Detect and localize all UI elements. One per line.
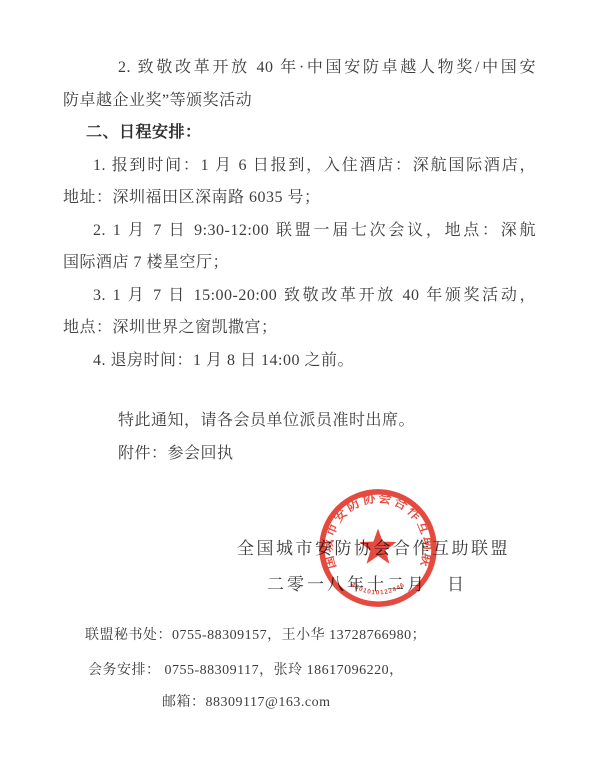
doc-line: 2. 1 月 7 日 9:30-12:00 联盟一届七次会议，地点：深航 — [63, 215, 536, 248]
svg-text:全国城市安防协会合作互助联盟: 全国城市安防协会合作互助联盟 — [317, 487, 436, 571]
attachment-note: 附件：参会回执 — [63, 438, 536, 471]
contact-email: 邮箱：88309117@163.com — [162, 691, 330, 711]
seal-code: 4501010122446 — [350, 581, 407, 596]
svg-text:4501010122446: 4501010122446 — [350, 581, 407, 596]
official-seal: 全国城市安防协会合作互助联盟 4501010122446 — [317, 487, 439, 609]
doc-line: 2. 致敬改革开放 40 年·中国安防卓越人物奖/中国安 — [63, 52, 536, 85]
doc-line: 地点：深圳世界之窗凯撒宫； — [63, 312, 536, 345]
contact-secretariat: 联盟秘书处：0755-88309157，王小华 13728766980； — [85, 624, 426, 644]
doc-line: 国际酒店 7 楼星空厅； — [63, 247, 536, 280]
doc-line: 1. 报到时间：1 月 6 日报到，入住酒店：深航国际酒店， — [63, 150, 536, 183]
seal-star-icon — [359, 528, 396, 563]
seal-ring-text: 全国城市安防协会合作互助联盟 — [317, 487, 436, 571]
document-page: 2. 致敬改革开放 40 年·中国安防卓越人物奖/中国安 防卓越企业奖”等颁奖活… — [0, 0, 597, 779]
doc-line: 3. 1 月 7 日 15:00-20:00 致敬改革开放 40 年颁奖活动， — [63, 280, 536, 313]
doc-line: 防卓越企业奖”等颁奖活动 — [63, 85, 536, 118]
contact-logistics: 会务安排： 0755-88309117，张玲 18617096220， — [88, 659, 404, 679]
doc-line: 地址：深圳福田区深南路 6035 号； — [63, 182, 536, 215]
document-body: 2. 致敬改革开放 40 年·中国安防卓越人物奖/中国安 防卓越企业奖”等颁奖活… — [63, 52, 536, 470]
doc-line: 4. 退房时间：1 月 8 日 14:00 之前。 — [63, 345, 536, 378]
section-heading: 二、日程安排： — [63, 117, 536, 150]
closing-remark: 特此通知，请各会员单位派员准时出席。 — [63, 405, 536, 438]
